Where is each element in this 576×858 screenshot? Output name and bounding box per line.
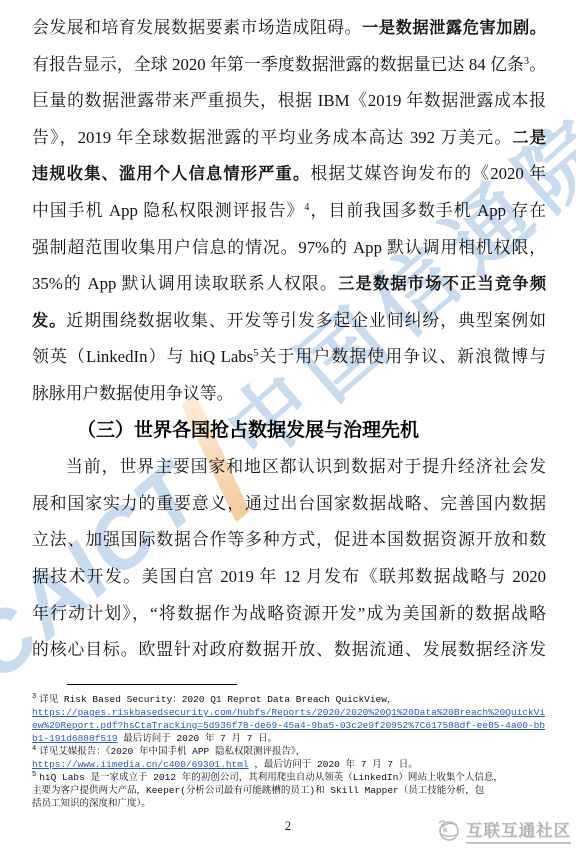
text-run: 的核心目标。欧盟针对政府数据开放、数据流通、发展数据经济发: [32, 640, 546, 659]
text-run: 括员工知识的深度和广度）。: [32, 798, 151, 809]
body-line: 有报告显示，全球 2020 年第一季度数据泄露的数据量已达 84 亿条3。: [32, 47, 546, 84]
footnote-line: https://www.iimedia.cn/c400/69301.html ，…: [32, 758, 572, 771]
text-run: ，最后访问于 2020 年 7 月 7 日。: [249, 759, 418, 770]
footnote-marker: 3: [32, 693, 36, 701]
footnote-link[interactable]: https://pages.riskbasedsecurity.com/hubf…: [32, 707, 545, 718]
footnote-link[interactable]: ew%20Report.pdf?hsCtaTracking=5d936f78-d…: [32, 720, 545, 731]
footnote-line: 3详见 Risk Based Security：2020 Q1 Reprot D…: [32, 693, 572, 706]
text-run: 巨量的数据泄露带来严重损失，根据 IBM《2019 年数据泄露成本报: [32, 91, 546, 110]
text-run: 近期围绕数据收集、开发等引发多起企业间纠纷，典型案例如: [66, 311, 546, 330]
body-line: 违规收集、滥用个人信息情形严重。根据艾媒咨询发布的《2020 年: [32, 156, 546, 193]
footnote-link[interactable]: b1-191d6888f519: [32, 733, 118, 744]
body-line: 35%的 App 默认调用读取联系人权限。三是数据市场不正当竞争频: [32, 266, 546, 303]
footnote-separator: [67, 684, 237, 685]
text-run: 据技术开发。美国白宫 2019 年 12 月发布《联邦数据战略与 2020: [32, 567, 546, 586]
text-run: （三）世界各国抢占数据发展与治理先机: [77, 420, 419, 441]
text-run: 二是: [512, 129, 546, 147]
body-line: 告》，2019 年全球数据泄露的平均业务成本高达 392 万美元。二是: [32, 120, 546, 157]
section-heading: （三）世界各国抢占数据发展与治理先机: [32, 413, 546, 450]
text-run: 有报告显示，全球 2020 年第一季度数据泄露的数据量已达 84 亿条: [32, 55, 524, 74]
body-line: 的核心目标。欧盟针对政府数据开放、数据流通、发展数据经济发: [32, 632, 546, 669]
text-run: 强制超范围收集用户信息的情况。97%的 App 默认调用相机权限，: [32, 238, 546, 257]
community-logo: 互联互通社区: [435, 816, 571, 844]
text-run: 年行动计划》，“将数据作为战略资源开发”成为美国新的数据战略: [32, 604, 546, 623]
text-run: ，目前我国多数手机 App 存在: [309, 201, 546, 220]
body-line: 当前，世界主要国家和地区都认识到数据对于提升经济社会发: [32, 449, 546, 486]
text-run: 违规收集、滥用个人信息情形严重。: [32, 165, 310, 183]
text-run: 脉脉用户数据使用争议等。: [32, 384, 233, 403]
text-run: 关于用户数据使用争议、新浪微博与: [258, 347, 546, 366]
body-line: 展和国家实力的重要意义，通过出台国家数据战略、完善国内数据: [32, 486, 546, 523]
body-line: 中国手机 App 隐私权限测评报告》4，目前我国多数手机 App 存在: [32, 193, 546, 230]
text-run: 当前，世界主要国家和地区都认识到数据对于提升经济社会发: [66, 457, 546, 476]
footnote-line: 5hiQ Labs 是一家成立于 2012 年的初创公司，其利用爬虫自动从领英（…: [32, 771, 572, 784]
body-line: 脉脉用户数据使用争议等。: [32, 376, 546, 413]
text-run: 根据艾媒咨询发布的《2020 年: [310, 164, 546, 183]
body-line: 立法、加强国际数据合作等多种方式，促进本国数据资源开放和数: [32, 522, 546, 559]
community-logo-text: 互联互通社区: [466, 817, 571, 844]
text-run: hiQ Labs 是一家成立于 2012 年的初创公司，其利用爬虫自动从领英（L…: [39, 772, 503, 783]
text-run: 35%的 App 默认调用读取联系人权限。: [32, 274, 338, 293]
footnote-line: https://pages.riskbasedsecurity.com/hubf…: [32, 706, 572, 719]
body-line: 强制超范围收集用户信息的情况。97%的 App 默认调用相机权限，: [32, 230, 546, 267]
footnote-marker: 4: [32, 745, 36, 753]
footnote-line: b1-191d6888f519 最后访问于 2020 年 7 月 7 日。: [32, 732, 572, 745]
footnote-line: ew%20Report.pdf?hsCtaTracking=5d936f78-d…: [32, 719, 572, 732]
body-line: 会发展和培育发展数据要素市场造成阻碍。一是数据泄露危害加剧。: [32, 10, 546, 47]
text-run: 中国手机 App 隐私权限测评报告》: [32, 201, 304, 220]
text-run: 立法、加强国际数据合作等多种方式，促进本国数据资源开放和数: [32, 530, 546, 549]
text-run: 三是数据市场不正当竞争频: [338, 275, 546, 293]
footnote-marker: 5: [32, 771, 36, 779]
footnote-line: 括员工知识的深度和广度）。: [32, 797, 572, 810]
body-line: 据技术开发。美国白宫 2019 年 12 月发布《联邦数据战略与 2020: [32, 559, 546, 596]
body-content: 会发展和培育发展数据要素市场造成阻碍。一是数据泄露危害加剧。有报告显示，全球 2…: [32, 10, 546, 669]
footnote-line: 主要为客户提供两大产品，Keeper(分析公司最有可能跳槽的员工)和 Skill…: [32, 784, 572, 797]
text-run: 展和国家实力的重要意义，通过出台国家数据战略、完善国内数据: [32, 494, 546, 513]
globe-community-icon: [435, 816, 463, 844]
text-run: 主要为客户提供两大产品，Keeper(分析公司最有可能跳槽的员工)和 Skill…: [32, 785, 484, 796]
body-line: 年行动计划》，“将数据作为战略资源开发”成为美国新的数据战略: [32, 596, 546, 633]
text-run: 详见 Risk Based Security：2020 Q1 Reprot Da…: [39, 694, 396, 705]
text-run: 详见艾媒报告：《2020 年中国手机 APP 隐私权限测评报告》，: [39, 746, 305, 757]
footnotes: 3详见 Risk Based Security：2020 Q1 Reprot D…: [32, 693, 572, 810]
text-run: 告》，2019 年全球数据泄露的平均业务成本高达 392 万美元。: [32, 128, 512, 147]
text-run: 发。: [32, 312, 66, 330]
text-run: 会发展和培育发展数据要素市场造成阻碍。: [32, 18, 362, 37]
text-run: 最后访问于 2020 年 7 月 7 日。: [118, 733, 278, 744]
text-run: 领英（LinkedIn）与 hiQ Labs: [32, 347, 253, 366]
footnote-link[interactable]: https://www.iimedia.cn/c400/69301.html: [32, 759, 249, 770]
body-line: 发。近期围绕数据收集、开发等引发多起企业间纠纷，典型案例如: [32, 303, 546, 340]
body-line: 巨量的数据泄露带来严重损失，根据 IBM《2019 年数据泄露成本报: [32, 83, 546, 120]
text-run: 。: [529, 55, 546, 74]
footnote-line: 4详见艾媒报告：《2020 年中国手机 APP 隐私权限测评报告》，: [32, 745, 572, 758]
body-line: 领英（LinkedIn）与 hiQ Labs5关于用户数据使用争议、新浪微博与: [32, 339, 546, 376]
text-run: 一是数据泄露危害加剧。: [362, 19, 546, 37]
